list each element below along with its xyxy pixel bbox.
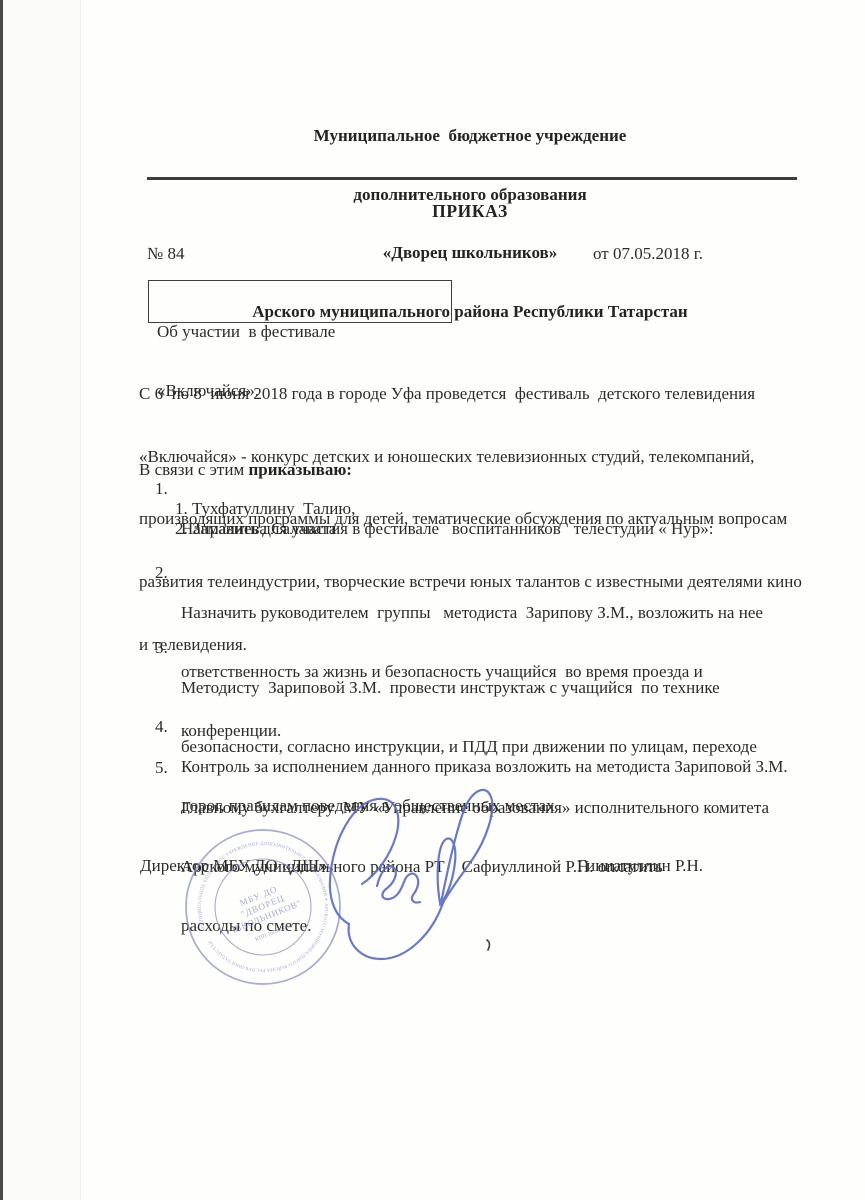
item-number: 4. <box>155 717 168 737</box>
scanned-order-document: Муниципальное бюджетное учреждение допол… <box>0 0 865 1200</box>
doc-title: ПРИКАЗ <box>120 201 820 222</box>
subject-box: Об участии в фестивале «Включайся». <box>148 280 452 323</box>
letterhead-line: Муниципальное бюджетное учреждение <box>120 126 820 146</box>
director-name: Гиниатуллин Р.Н. <box>577 856 703 876</box>
sub-item: 2. Замалиева Салавата <box>175 519 336 539</box>
doc-date: от 07.05.2018 г. <box>593 244 703 264</box>
divider-rule <box>147 177 797 180</box>
item-line: Главному бухгалтеру МУ «Управление образ… <box>181 798 865 818</box>
scan-margin-band <box>3 0 81 1200</box>
order-lead-normal: В связи с этим <box>139 460 248 479</box>
item-line: Методисту Зариповой З.М. провести инстру… <box>181 678 865 698</box>
item-line: расходы по смете. <box>181 916 865 936</box>
sub-item: 1. Тухфатуллину Талию, <box>175 499 355 519</box>
doc-number: № 84 <box>147 244 184 264</box>
item-number: 1. <box>155 479 168 499</box>
order-lead: В связи с этим приказываю: <box>139 460 352 480</box>
order-lead-bold: приказываю: <box>248 460 352 479</box>
letterhead-line: «Дворец школьников» <box>120 243 820 263</box>
item-number: 2. <box>155 563 168 583</box>
item-number: 3. <box>155 638 168 658</box>
item-number: 5. <box>155 758 168 778</box>
director-label: Директор МБУ ДО «ДШ» <box>140 856 328 876</box>
subject-line: Об участии в фестивале <box>157 322 451 342</box>
item-line: Назначить руководителем группы методиста… <box>181 603 865 623</box>
intro-line: С 6 по 8 июня 2018 года в городе Уфа про… <box>139 384 839 405</box>
